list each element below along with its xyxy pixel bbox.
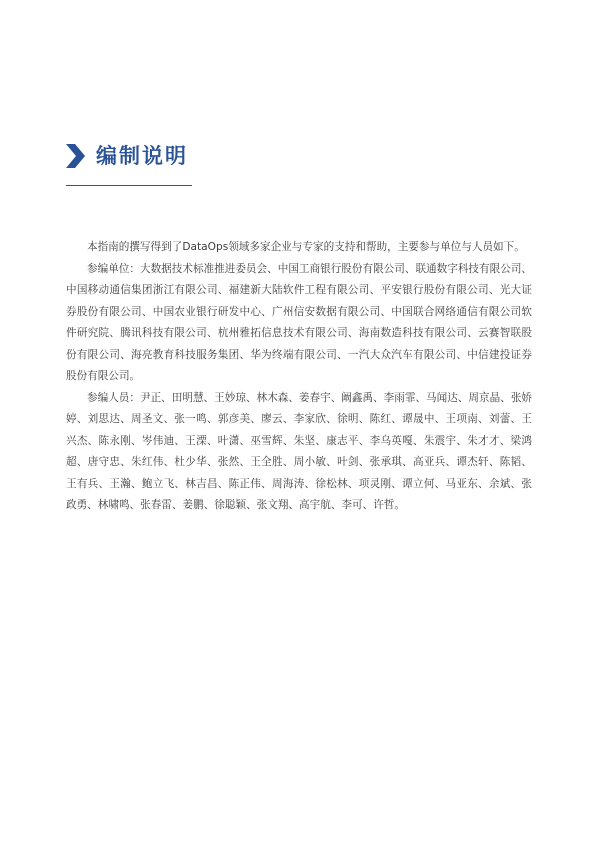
section-header: 编制说明 [66,141,188,171]
people-list: 尹正、田明慧、王妙琼、林木森、姜春宇、阚鑫禹、李雨霏、马闻达、周京晶、张娇婷、刘… [66,392,532,512]
document-page: 编制说明 本指南的撰写得到了DataOps领域多家企业与专家的支持和帮助，主要参… [0,0,595,841]
title-underline-divider [66,185,192,186]
participating-units-paragraph: 参编单位：大数据技术标准推进委员会、中国工商银行股份有限公司、联通数字科技有限公… [66,259,532,388]
section-title: 编制说明 [96,141,188,171]
body-text: 本指南的撰写得到了DataOps领域多家企业与专家的支持和帮助，主要参与单位与人… [66,237,532,517]
people-label: 参编人员： [87,392,140,404]
contributors-paragraph: 参编人员：尹正、田明慧、王妙琼、林木森、姜春宇、阚鑫禹、李雨霏、马闻达、周京晶、… [66,388,532,517]
units-label: 参编单位： [87,263,140,275]
intro-paragraph: 本指南的撰写得到了DataOps领域多家企业与专家的支持和帮助，主要参与单位与人… [66,237,532,259]
units-list: 大数据技术标准推进委员会、中国工商银行股份有限公司、联通数字科技有限公司、中国移… [66,263,532,383]
chevron-right-icon [66,144,85,168]
